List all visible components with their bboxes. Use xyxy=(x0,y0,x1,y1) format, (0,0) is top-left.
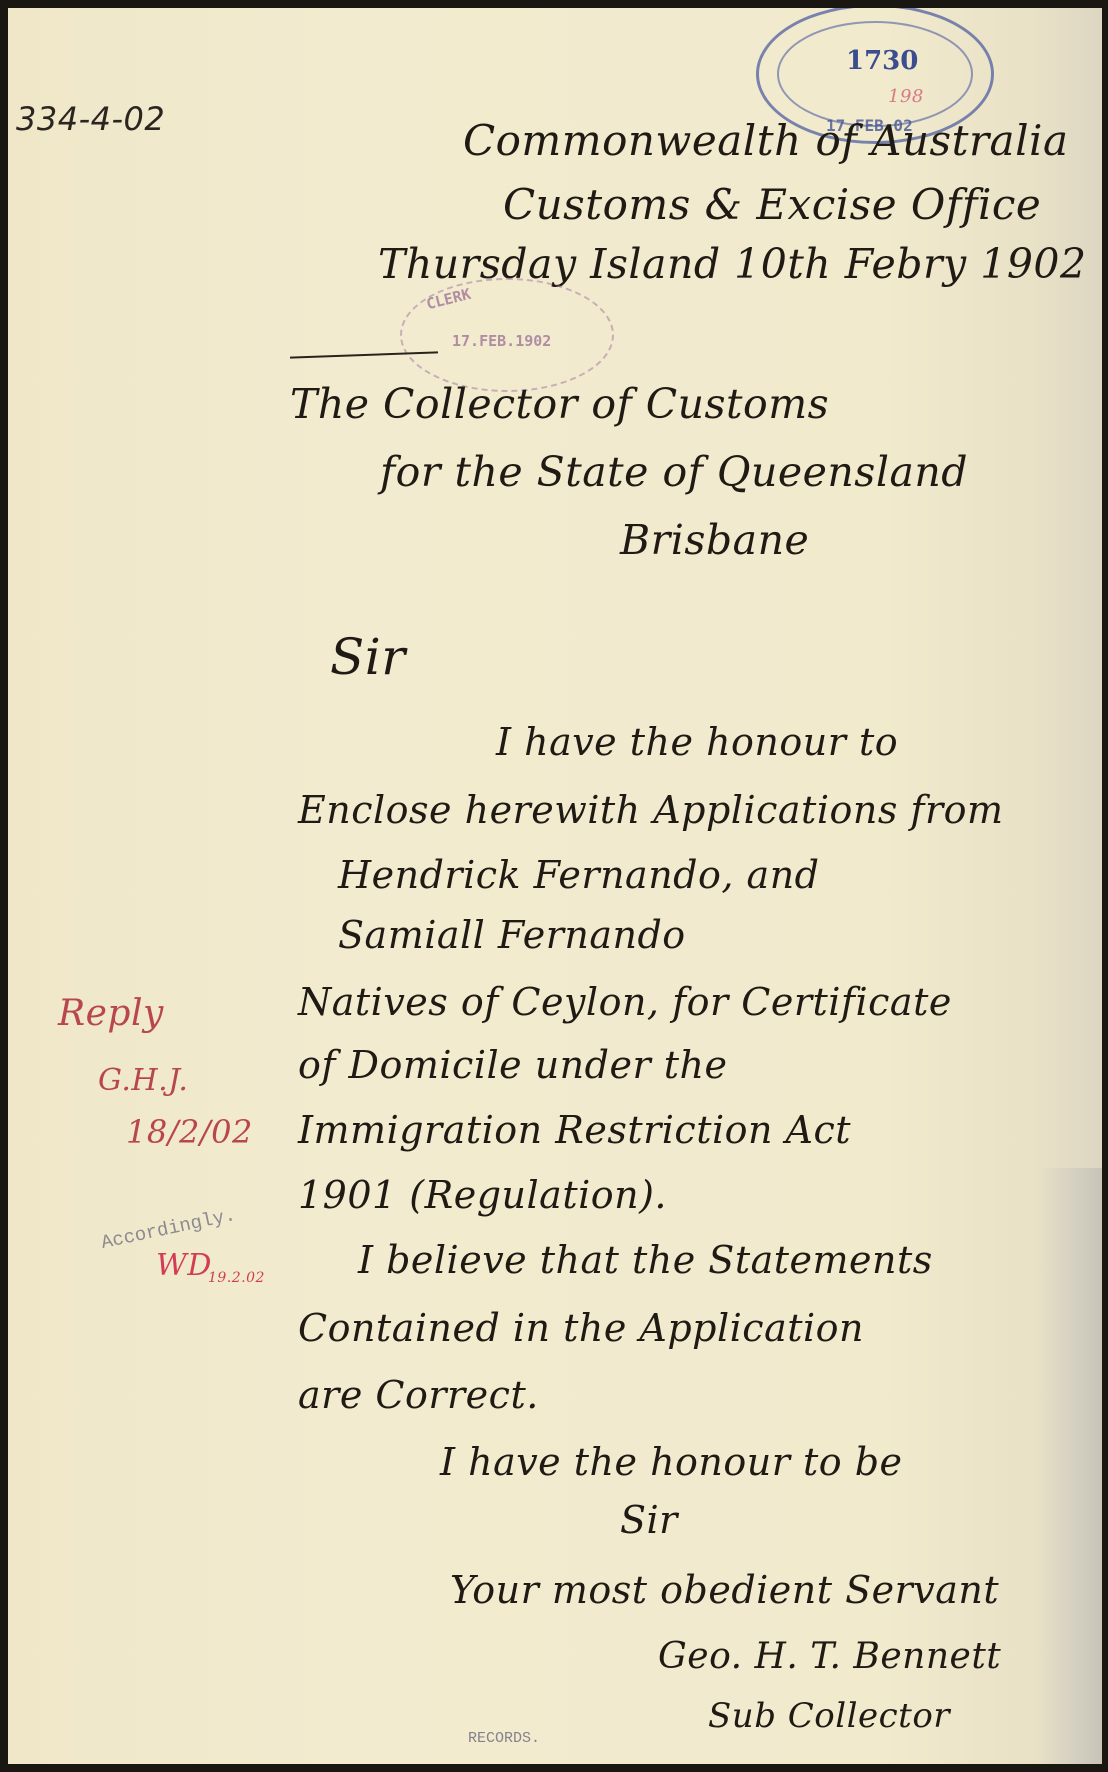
reference-number: 334-4-02 xyxy=(16,100,165,138)
body-line-2: Enclose herewith Applications from xyxy=(298,788,1004,832)
margin-red-date: 19.2.02 xyxy=(208,1270,265,1286)
received-stamp-number: 1730 xyxy=(846,46,918,76)
body-line-14: Your most obedient Servant xyxy=(450,1568,999,1612)
addressee-line-1: The Collector of Customs xyxy=(290,380,829,428)
body-line-9: I believe that the Statements xyxy=(358,1238,933,1282)
margin-initials: G.H.J. xyxy=(98,1063,188,1098)
body-line-7: Immigration Restriction Act xyxy=(298,1108,851,1152)
records-stamp: RECORDS. xyxy=(468,1730,540,1747)
signature-title: Sub Collector xyxy=(708,1696,950,1736)
body-line-12: I have the honour to be xyxy=(440,1440,903,1484)
body-line-13: Sir xyxy=(620,1498,678,1542)
received-stamp-handwritten-number: 198 xyxy=(888,86,924,107)
addressee-line-2: for the State of Queensland xyxy=(380,448,968,496)
clerk-stamp-date: 17.FEB.1902 xyxy=(452,332,551,350)
body-line-4: Samiall Fernando xyxy=(338,913,686,957)
margin-red-initials: WD xyxy=(156,1248,212,1283)
body-line-5: Natives of Ceylon, for Certificate xyxy=(298,980,952,1024)
letterhead-line-1: Commonwealth of Australia xyxy=(463,116,1068,165)
body-line-3: Hendrick Fernando, and xyxy=(338,853,820,897)
body-line-6: of Domicile under the xyxy=(298,1043,727,1087)
body-line-8: 1901 (Regulation). xyxy=(298,1173,667,1217)
letterhead-line-2: Customs & Excise Office xyxy=(503,180,1041,229)
body-line-10: Contained in the Application xyxy=(298,1306,864,1350)
letter-page: 334-4-02 1730 198 17.FEB.02 Commonwealth… xyxy=(8,8,1102,1764)
body-line-1: I have the honour to xyxy=(496,720,898,764)
signature-name: Geo. H. T. Bennett xyxy=(658,1636,1001,1677)
addressee-line-3: Brisbane xyxy=(620,516,809,564)
margin-reply-date: 18/2/02 xyxy=(126,1113,253,1151)
accordingly-stamp: Accordingly. xyxy=(99,1204,237,1254)
body-line-11: are Correct. xyxy=(298,1373,539,1417)
margin-reply: Reply xyxy=(58,993,164,1034)
salutation: Sir xyxy=(330,628,406,686)
